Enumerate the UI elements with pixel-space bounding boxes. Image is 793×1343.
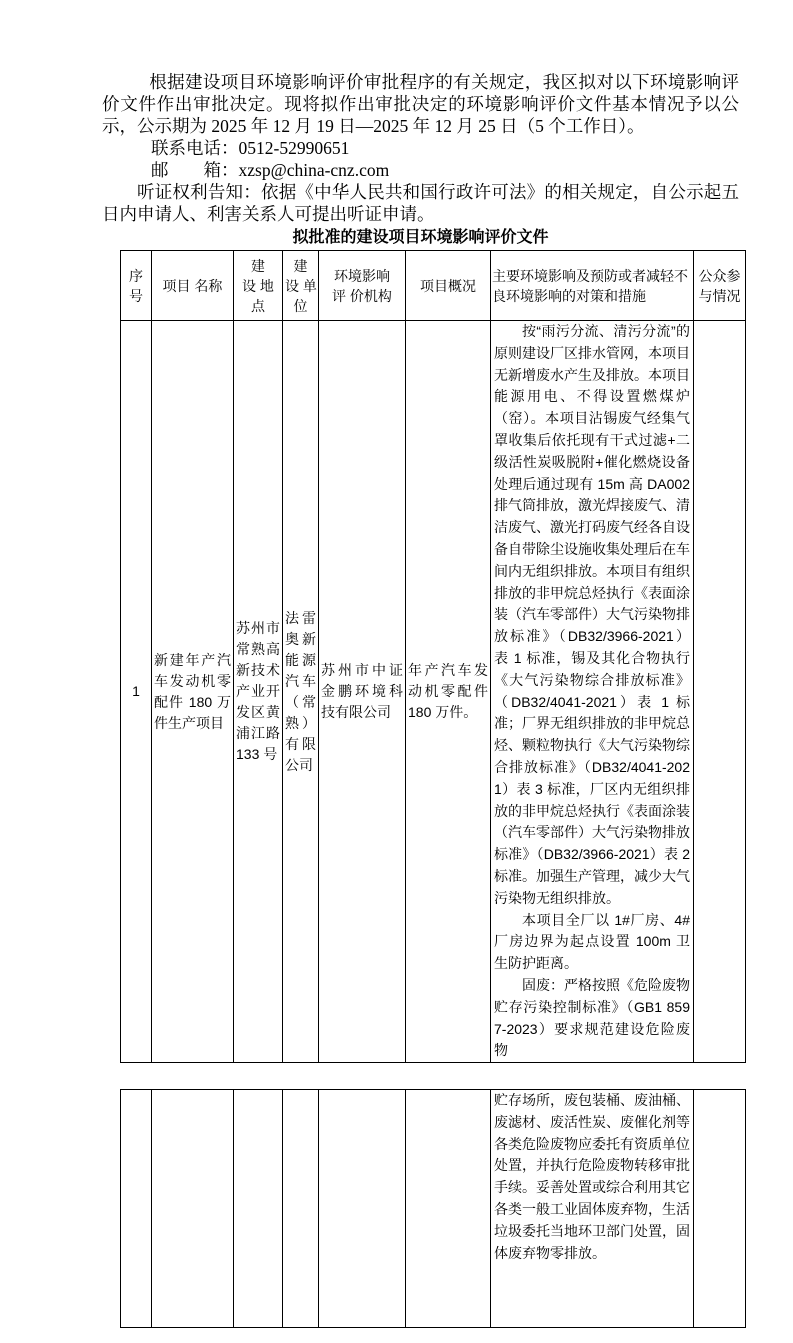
- column-header-eia-agency: 环境影响评 价机构: [319, 251, 406, 321]
- continuation-row: 贮存场所，废包装桶、废油桶、废滤材、废活性炭、废催化剂等各类危险废物应委托有资质…: [121, 1090, 746, 1328]
- cell-public-participation-empty: [694, 1090, 746, 1328]
- column-header-no: 序号: [121, 251, 152, 321]
- approval-table: 序号 项目 名称 建设 地点 建设 单位 环境影响评 价机构 项目概况 主要环境…: [120, 250, 746, 1063]
- approval-table-header: 序号 项目 名称 建设 地点 建设 单位 环境影响评 价机构 项目概况 主要环境…: [121, 251, 746, 321]
- cell-project-name-empty: [152, 1090, 234, 1328]
- cell-project-name: 新建年产汽车发动机零配件 180 万件生产项目: [152, 321, 234, 1063]
- header-row: 序号 项目 名称 建设 地点 建设 单位 环境影响评 价机构 项目概况 主要环境…: [121, 251, 746, 321]
- measures-paragraph-3: 固废：严格按照《危险废物贮存污染控制标准》（GB1 8597-2023）要求规范…: [494, 975, 690, 1062]
- cell-measures-continued: 贮存场所，废包装桶、废油桶、废滤材、废活性炭、废催化剂等各类危险废物应委托有资质…: [491, 1090, 694, 1328]
- intro-section: 根据建设项目环境影响评价审批程序的有关规定，我区拟对以下环境影响评价文件作出审批…: [102, 71, 739, 225]
- cell-builder: 法雷奥新能源汽车（常熟）有限公司: [283, 321, 319, 1063]
- cell-location: 苏州市常熟高新技术产业开发区黄浦江路 133 号: [234, 321, 283, 1063]
- measures-paragraph-1: 按“雨污分流、清污分流”的原则建设厂区排水管网，本项目无新增废水产生及排放。本项…: [494, 321, 690, 910]
- measures-paragraph-2: 本项目全厂以 1#厂房、4#厂房边界为起点设置 100m 卫生防护距离。: [494, 910, 690, 975]
- column-header-location: 建设 地点: [234, 251, 283, 321]
- cell-public-participation: [694, 321, 746, 1063]
- cell-location-empty: [234, 1090, 283, 1328]
- table-row: 1 新建年产汽车发动机零配件 180 万件生产项目 苏州市常熟高新技术产业开发区…: [121, 321, 746, 1063]
- document-page: 根据建设项目环境影响评价审批程序的有关规定，我区拟对以下环境影响评价文件作出审批…: [0, 0, 793, 1343]
- cell-measures: 按“雨污分流、清污分流”的原则建设厂区排水管网，本项目无新增废水产生及排放。本项…: [491, 321, 694, 1063]
- column-header-public-participation: 公众参与情况: [694, 251, 746, 321]
- column-header-builder: 建设 单位: [283, 251, 319, 321]
- continuation-table: 贮存场所，废包装桶、废油桶、废滤材、废活性炭、废催化剂等各类危险废物应委托有资质…: [120, 1089, 746, 1328]
- column-header-measures: 主要环境影响及预防或者减轻不良环境影响的对策和措施: [491, 251, 694, 321]
- intro-paragraph: 根据建设项目环境影响评价审批程序的有关规定，我区拟对以下环境影响评价文件作出审批…: [102, 71, 739, 137]
- column-header-project-name: 项目 名称: [152, 251, 234, 321]
- document-body: 根据建设项目环境影响评价审批程序的有关规定，我区拟对以下环境影响评价文件作出审批…: [102, 71, 739, 1328]
- cell-eia-agency: 苏州市中证金鹏环境科技有限公司: [319, 321, 406, 1063]
- cell-no: 1: [121, 321, 152, 1063]
- table-title: 拟批准的建设项目环境影响评价文件: [102, 227, 739, 249]
- cell-builder-empty: [283, 1090, 319, 1328]
- measures-continued-paragraph: 贮存场所，废包装桶、废油桶、废滤材、废活性炭、废催化剂等各类危险废物应委托有资质…: [494, 1090, 690, 1264]
- cell-overview: 年产汽车发动机零配件 180 万件。: [406, 321, 491, 1063]
- column-header-overview: 项目概况: [406, 251, 491, 321]
- cell-overview-empty: [406, 1090, 491, 1328]
- contact-email-line: 邮 箱：xzsp@china-cnz.com: [102, 159, 739, 181]
- contact-phone-line: 联系电话：0512-52990651: [102, 137, 739, 159]
- cell-no-empty: [121, 1090, 152, 1328]
- hearing-rights-notice: 听证权利告知：依据《中华人民共和国行政许可法》的相关规定，自公示起五日内申请人、…: [102, 181, 739, 225]
- cell-eia-agency-empty: [319, 1090, 406, 1328]
